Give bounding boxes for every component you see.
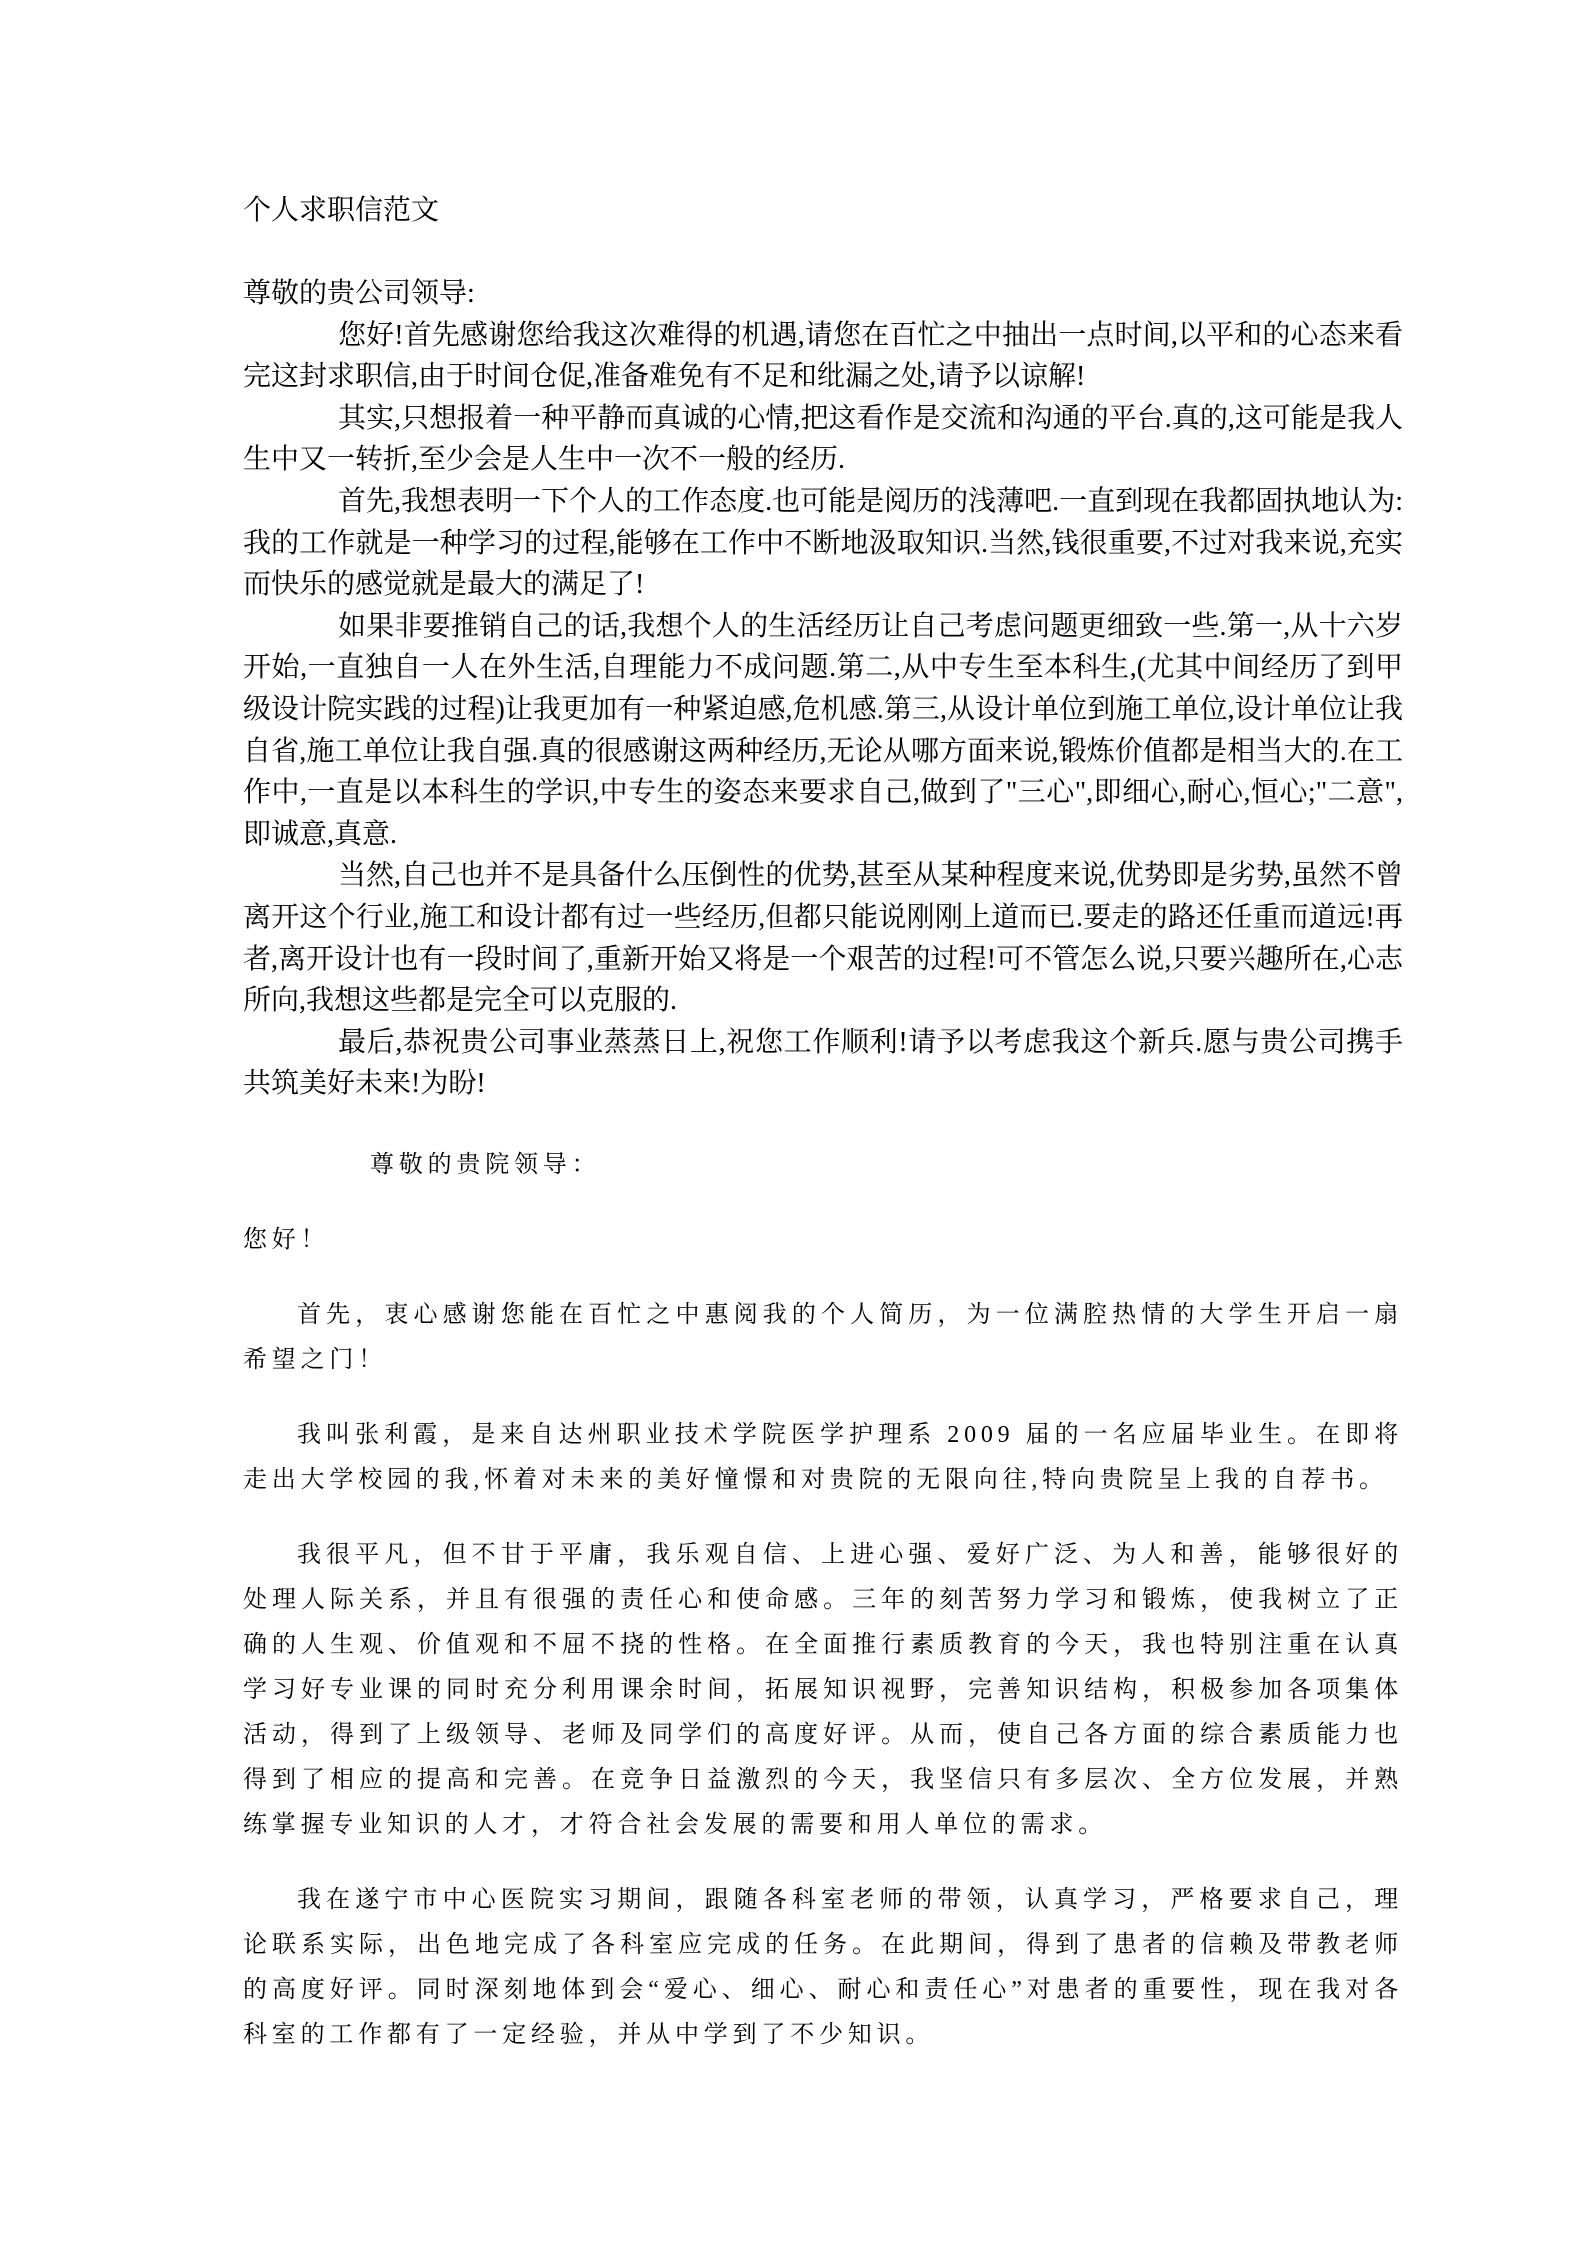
paragraph: 我叫张利霞，是来自达州职业技术学院医学护理系 2009 届的一名应届毕业生。在即…: [243, 1413, 1403, 1503]
letter-company-salutation: 尊敬的贵公司领导:: [243, 273, 1403, 315]
letter-hospital-greeting: 您好！: [243, 1218, 1403, 1263]
paragraph: 如果非要推销自己的话,我想个人的生活经历让自己考虑问题更细致一些.第一,从十六岁…: [243, 606, 1403, 856]
paragraph: 当然,自己也并不是具备什么压倒性的优势,甚至从某种程度来说,优势即是劣势,虽然不…: [243, 855, 1403, 1021]
paragraph: 我在遂宁市中心医院实习期间，跟随各科室老师的带领，认真学习，严格要求自己，理论联…: [243, 1878, 1403, 2058]
paragraph: 首先，衷心感谢您能在百忙之中惠阅我的个人简历，为一位满腔热情的大学生开启一扇希望…: [243, 1293, 1403, 1383]
letter-hospital-salutation: 尊敬的贵院领导：: [243, 1143, 1403, 1188]
paragraph: 其实,只想报着一种平静而真诚的心情,把这看作是交流和沟通的平台.真的,这可能是我…: [243, 398, 1403, 481]
letter-hospital: 尊敬的贵院领导： 您好！ 首先，衷心感谢您能在百忙之中惠阅我的个人简历，为一位满…: [243, 1143, 1403, 2058]
paragraph: 最后,恭祝贵公司事业蒸蒸日上,祝您工作顺利!请予以考虑我这个新兵.愿与贵公司携手…: [243, 1022, 1403, 1105]
document-title: 个人求职信范文: [243, 190, 1403, 232]
letter-company: 尊敬的贵公司领导: 您好!首先感谢您给我这次难得的机遇,请您在百忙之中抽出一点时…: [243, 273, 1403, 1105]
document-content: 个人求职信范文 尊敬的贵公司领导: 您好!首先感谢您给我这次难得的机遇,请您在百…: [243, 190, 1403, 2058]
document-page: 个人求职信范文 尊敬的贵公司领导: 您好!首先感谢您给我这次难得的机遇,请您在百…: [0, 0, 1587, 2245]
paragraph: 您好!首先感谢您给我这次难得的机遇,请您在百忙之中抽出一点时间,以平和的心态来看…: [243, 315, 1403, 398]
paragraph: 首先,我想表明一下个人的工作态度.也可能是阅历的浅薄吧.一直到现在我都固执地认为…: [243, 481, 1403, 606]
paragraph: 我很平凡，但不甘于平庸，我乐观自信、上进心强、爱好广泛、为人和善，能够很好的处理…: [243, 1533, 1403, 1848]
